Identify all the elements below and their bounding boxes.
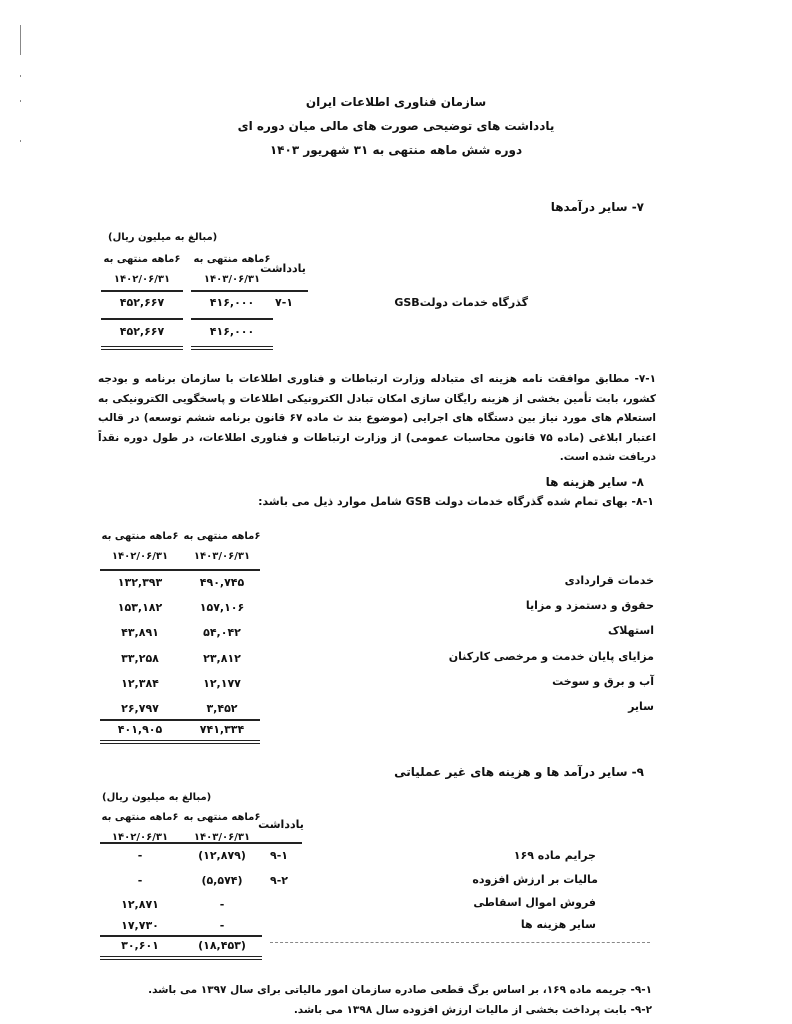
s8-row-label: استهلاک [608, 624, 654, 637]
rule [100, 569, 182, 571]
footnote-9-1: ۹-۱- جریمه ماده ۱۶۹، بر اساس برگ قطعی صا… [148, 984, 652, 996]
s8-row-prior: ۲۶,۷۹۷ [98, 702, 182, 715]
s8-row-prior: ۱۵۳,۱۸۲ [98, 601, 182, 614]
rule [100, 935, 182, 937]
s9-row-note: ۹-۲ [254, 874, 304, 887]
s8-row-label: آب و برق و سوخت [552, 675, 654, 688]
s9-current-date: ۱۴۰۳/۰۶/۳۱ [180, 826, 264, 850]
scan-artifact [20, 140, 21, 142]
double-rule [100, 956, 182, 960]
s8-row-prior: ۱۳۲,۳۹۳ [98, 576, 182, 589]
section-9-title: ۹- سایر درآمد ها و هزینه های غیر عملیاتی [394, 765, 644, 779]
s8-row-label: مزایای پایان خدمت و مرخصی کارکنان [449, 650, 654, 663]
s9-row-label: مالیات بر ارزش افزوده [472, 873, 598, 886]
document-title: یادداشت های توضیحی صورت های مالی میان دو… [0, 119, 792, 133]
s8-row-current: ۳,۴۵۲ [180, 702, 264, 715]
rule [101, 290, 183, 292]
s8-row-prior: ۱۲,۳۸۴ [98, 677, 182, 690]
s8-prior-date: ۱۴۰۲/۰۶/۳۱ [98, 545, 182, 569]
s7-row-note: ۷-۱ [256, 296, 312, 309]
s8-row-label: سایر [628, 700, 654, 713]
rule [182, 569, 260, 571]
s8-row-label: خدمات قراردادی [565, 574, 654, 587]
s8-total-current: ۷۴۱,۳۳۴ [180, 723, 264, 736]
s8-row-prior: ۴۳,۸۹۱ [98, 626, 182, 639]
s9-row-current: (۱۲,۸۷۹) [180, 849, 264, 862]
s7-prior-date: ۱۴۰۲/۰۶/۳۱ [100, 268, 184, 292]
s9-row-label: سایر هزینه ها [521, 918, 596, 931]
double-rule [182, 956, 262, 960]
s9-row-current: - [180, 898, 264, 911]
s9-note-header: یادداشت [256, 818, 306, 831]
s9-row-label: فروش اموال اسقاطی [473, 896, 596, 909]
section-8-title: ۸- سایر هزینه ها [546, 475, 644, 489]
org-name: سازمان فناوری اطلاعات ایران [0, 95, 792, 109]
double-rule [191, 346, 273, 350]
scan-artifact [270, 942, 650, 944]
rule [182, 935, 262, 937]
rule [101, 318, 183, 320]
s9-total-current: (۱۸,۴۵۳) [180, 939, 264, 952]
s8-row-current: ۱۲,۱۷۷ [180, 677, 264, 690]
s8-row-prior: ۳۳,۲۵۸ [98, 652, 182, 665]
s7-total-current: ۴۱۶,۰۰۰ [190, 325, 274, 338]
footnote-9-2: ۹-۲- بابت پرداخت بخشی از مالیات ارزش افز… [294, 1004, 652, 1016]
rule [182, 719, 260, 721]
s8-current-date: ۱۴۰۳/۰۶/۳۱ [180, 545, 264, 569]
scan-artifact [20, 25, 21, 55]
rule [264, 290, 308, 292]
s9-row-prior: ۱۷,۷۳۰ [98, 919, 182, 932]
scan-artifact [20, 75, 21, 77]
s9-row-note: ۹-۱ [254, 849, 304, 862]
s9-row-current: (۵,۵۷۴) [180, 874, 264, 887]
section-8-1-subtitle: ۸-۱- بهای تمام شده گذرگاه خدمات دولت GSB… [258, 495, 654, 508]
rule [100, 842, 182, 844]
s9-total-prior: ۳۰,۶۰۱ [98, 939, 182, 952]
section-9-unit: (مبالغ به میلیون ریال) [102, 792, 211, 803]
s9-row-current: - [180, 919, 264, 932]
s9-row-prior: - [98, 849, 182, 862]
s9-row-prior: ۱۲,۸۷۱ [98, 898, 182, 911]
rule [258, 842, 302, 844]
s7-total-prior: ۴۵۲,۶۶۷ [100, 325, 184, 338]
s8-row-current: ۴۹۰,۷۴۵ [180, 576, 264, 589]
rule [100, 719, 182, 721]
section-7-unit: (مبالغ به میلیون ریال) [108, 232, 217, 243]
double-rule [182, 740, 260, 744]
s9-row-prior: - [98, 874, 182, 887]
s7-row-prior: ۴۵۲,۶۶۷ [100, 296, 184, 309]
rule [182, 842, 262, 844]
s8-row-label: حقوق و دستمزد و مزایا [526, 599, 654, 612]
s7-note-header: یادداشت [258, 262, 308, 275]
period-title: دوره شش ماهه منتهی به ۳۱ شهریور ۱۴۰۳ [0, 143, 792, 157]
scan-artifact [20, 100, 21, 102]
s9-row-label: جرایم ماده ۱۶۹ [514, 849, 596, 862]
s8-row-current: ۵۴,۰۴۲ [180, 626, 264, 639]
double-rule [100, 740, 182, 744]
note-7-1-paragraph: ۷-۱- مطابق موافقت نامه هزینه ای متبادله … [98, 370, 656, 468]
double-rule [101, 346, 183, 350]
rule [191, 290, 273, 292]
s8-total-prior: ۴۰۱,۹۰۵ [98, 723, 182, 736]
section-7-title: ۷- سایر درآمدها [551, 200, 644, 214]
rule [191, 318, 273, 320]
s8-row-current: ۱۵۷,۱۰۶ [180, 601, 264, 614]
s8-row-current: ۲۳,۸۱۲ [180, 652, 264, 665]
s7-row-label: گذرگاه خدمات دولتGSB [394, 296, 528, 309]
s9-prior-date: ۱۴۰۲/۰۶/۳۱ [98, 826, 182, 850]
